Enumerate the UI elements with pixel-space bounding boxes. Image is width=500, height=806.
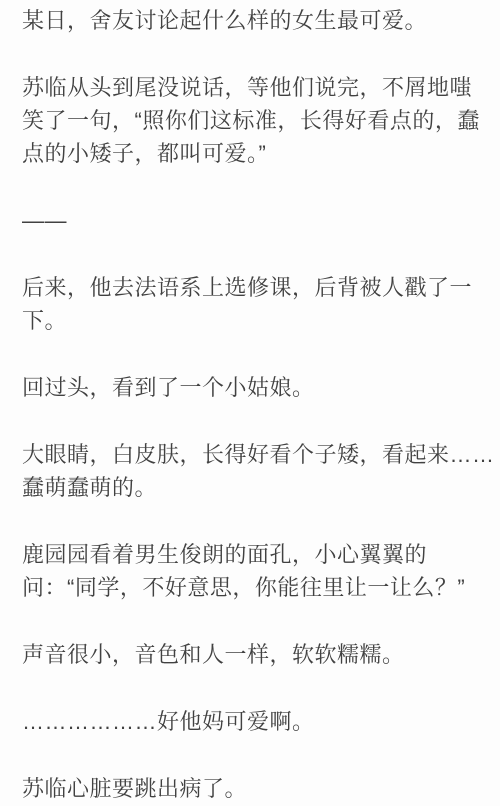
paragraph: 苏临从头到尾没说话，等他们说完，不屑地嗤 笑了一句，“照你们这标准，长得好看点的… <box>22 71 482 170</box>
paragraph-line: 问：“同学，不好意思，你能往里让一让么？” <box>22 571 482 604</box>
paragraph-line: 大眼睛，白皮肤，长得好看个子矮，看起来…… <box>22 438 482 471</box>
paragraph-line: 点的小矮子，都叫可爱。” <box>22 137 482 170</box>
paragraph: 某日，舍友讨论起什么样的女生最可爱。 <box>22 4 482 37</box>
paragraph-line: 笑了一句，“照你们这标准，长得好看点的，蠢 <box>22 104 482 137</box>
paragraph-line: 后来，他去法语系上选修课，后背被人戳了一 <box>22 271 482 304</box>
paragraph-line: 声音很小，音色和人一样，软软糯糯。 <box>22 638 482 671</box>
paragraph-line: 苏临从头到尾没说话，等他们说完，不屑地嗤 <box>22 71 482 104</box>
paragraph-line: 某日，舍友讨论起什么样的女生最可爱。 <box>22 4 482 37</box>
divider-dashes: —— <box>22 204 482 237</box>
paragraph: 鹿园园看着男生俊朗的面孔，小心翼翼的 问：“同学，不好意思，你能往里让一让么？” <box>22 538 482 604</box>
paragraph-line: 苏临心脏要跳出病了。 <box>22 772 482 805</box>
paragraph: 苏临心脏要跳出病了。 <box>22 772 482 805</box>
paragraph-line: 蠢萌蠢萌的。 <box>22 471 482 504</box>
paragraph-line: ………………好他妈可爱啊。 <box>22 705 482 738</box>
paragraph-line: 回过头，看到了一个小姑娘。 <box>22 371 482 404</box>
paragraph: 后来，他去法语系上选修课，后背被人戳了一 下。 <box>22 271 482 337</box>
paragraph: 大眼睛，白皮肤，长得好看个子矮，看起来…… 蠢萌蠢萌的。 <box>22 438 482 504</box>
paragraph-line: 鹿园园看着男生俊朗的面孔，小心翼翼的 <box>22 538 482 571</box>
paragraph-divider: —— <box>22 204 482 237</box>
paragraph: ………………好他妈可爱啊。 <box>22 705 482 738</box>
story-page: 某日，舍友讨论起什么样的女生最可爱。 苏临从头到尾没说话，等他们说完，不屑地嗤 … <box>0 0 500 806</box>
paragraph-line: 下。 <box>22 304 482 337</box>
paragraph: 回过头，看到了一个小姑娘。 <box>22 371 482 404</box>
paragraph: 声音很小，音色和人一样，软软糯糯。 <box>22 638 482 671</box>
